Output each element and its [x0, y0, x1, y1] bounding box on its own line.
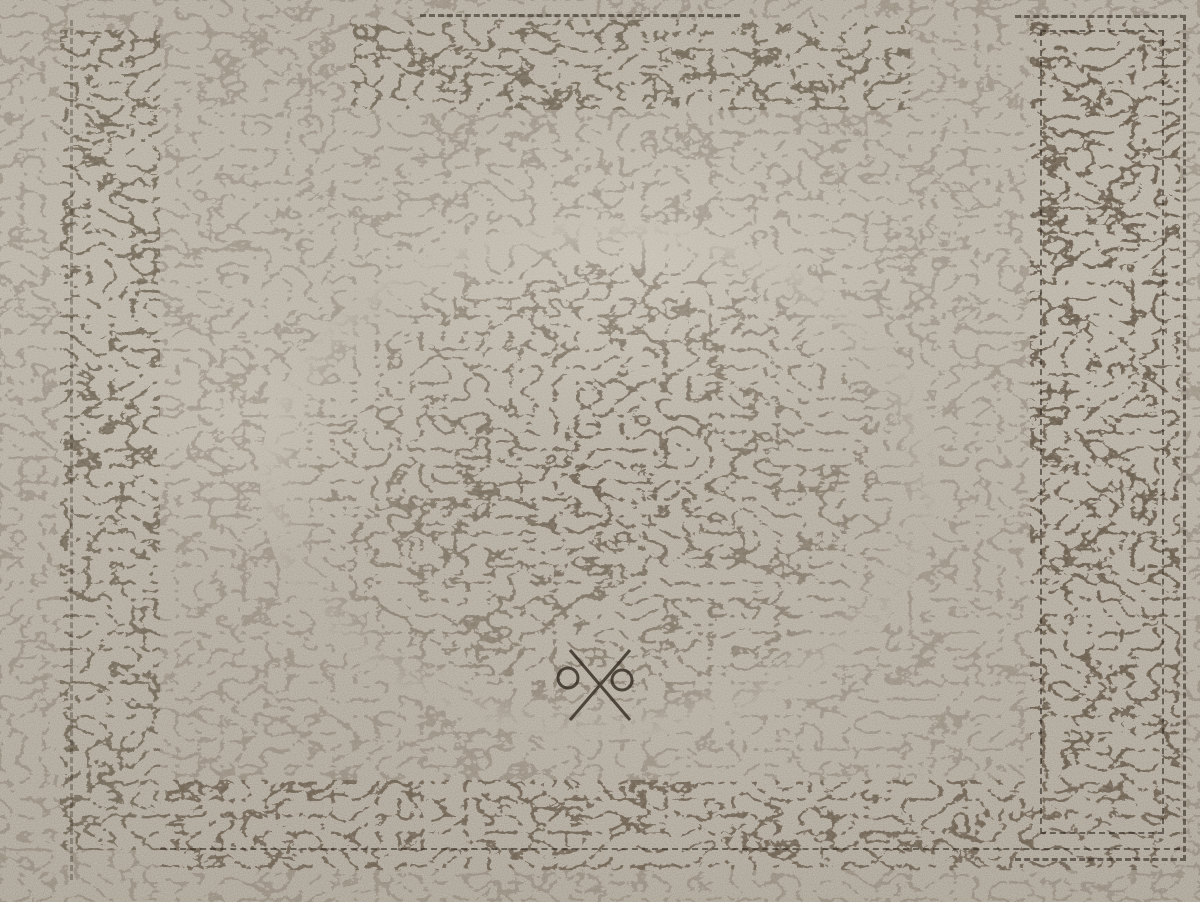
right-inner-border: [1040, 30, 1164, 834]
bottom-border-band: [160, 848, 1180, 850]
left-motif-column: [70, 20, 73, 880]
rug-photo: [0, 0, 1200, 902]
top-border-band: [420, 14, 740, 17]
